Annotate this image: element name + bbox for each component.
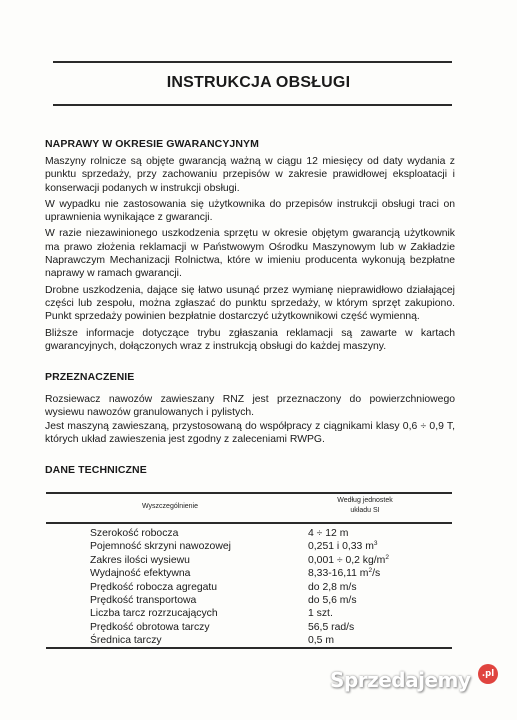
paragraph: W razie niezawinionego uszkodzenia sprzę… [45,227,455,280]
spec-value: 56,5 rad/s [308,621,354,634]
table-header-si: Według jednostek układu SI [290,496,440,516]
spec-value: 0,001 ÷ 0,2 kg/m2 [308,554,389,567]
table-header-spec: Wyszczególnienie [60,502,280,512]
title-rule-top [53,61,452,63]
spec-table: Szerokość robocza4 ÷ 12 mPojemność skrzy… [90,527,390,648]
purpose-text: Rozsiewacz nawozów zawieszany RNZ jest p… [45,393,455,446]
table-row: Prędkość transportowado 5,6 m/s [90,594,390,607]
spec-value: 4 ÷ 12 m [308,527,348,540]
table-header-si-line2: układu SI [290,506,440,516]
table-row: Średnica tarczy0,5 m [90,634,390,647]
paragraph: Rozsiewacz nawozów zawieszany RNZ jest p… [45,393,455,420]
spec-name: Prędkość obrotowa tarczy [90,621,308,634]
section-heading-purpose: PRZEZNACZENIE [45,371,134,383]
paragraph: W wypadku nie zastosowania się użytkowni… [45,198,455,225]
spec-name: Średnica tarczy [90,634,308,647]
table-row: Prędkość robocza agregatudo 2,8 m/s [90,581,390,594]
spec-name: Liczba tarcz rozrzucających [90,607,308,620]
warranty-text: Maszyny rolnicze są objęte gwarancją waż… [45,155,455,356]
spec-name: Prędkość robocza agregatu [90,581,308,594]
spec-value: 1 szt. [308,607,333,620]
table-rule-header [46,522,452,524]
spec-name: Szerokość robocza [90,527,308,540]
section-heading-technical-data: DANE TECHNICZNE [45,464,147,476]
spec-value: 0,251 i 0,33 m3 [308,540,377,553]
paragraph: Bliższe informacje dotyczące trybu zgłas… [45,327,455,354]
table-header-si-line1: Według jednostek [290,496,440,506]
table-row: Zakres ilości wysiewu0,001 ÷ 0,2 kg/m2 [90,554,390,567]
spec-value: do 5,6 m/s [308,594,357,607]
spec-value: 8,33-16,11 m2/s [308,567,380,580]
title-rule-bottom [53,104,452,106]
watermark-logo: Sprzedajemy [330,668,470,692]
table-row: Pojemność skrzyni nawozowej0,251 i 0,33 … [90,540,390,553]
spec-value: do 2,8 m/s [308,581,357,594]
watermark-badge: .pl [478,664,498,684]
spec-value: 0,5 m [308,634,334,647]
spec-name: Wydajność efektywna [90,567,308,580]
page-title: INSTRUKCJA OBSŁUGI [0,74,517,92]
spec-name: Pojemność skrzyni nawozowej [90,540,308,553]
paragraph: Jest maszyną zawieszaną, przystosowaną d… [45,420,455,447]
table-row: Liczba tarcz rozrzucających1 szt. [90,607,390,620]
paragraph: Maszyny rolnicze są objęte gwarancją waż… [45,155,455,195]
table-row: Szerokość robocza4 ÷ 12 m [90,527,390,540]
spec-name: Prędkość transportowa [90,594,308,607]
section-heading-warranty: NAPRAWY W OKRESIE GWARANCYJNYM [45,138,259,150]
spec-name: Zakres ilości wysiewu [90,554,308,567]
table-row: Wydajność efektywna8,33-16,11 m2/s [90,567,390,580]
table-rule-bottom [46,647,452,649]
paragraph: Drobne uszkodzenia, dające się łatwo usu… [45,284,455,324]
table-rule-top [46,492,452,494]
table-row: Prędkość obrotowa tarczy56,5 rad/s [90,621,390,634]
